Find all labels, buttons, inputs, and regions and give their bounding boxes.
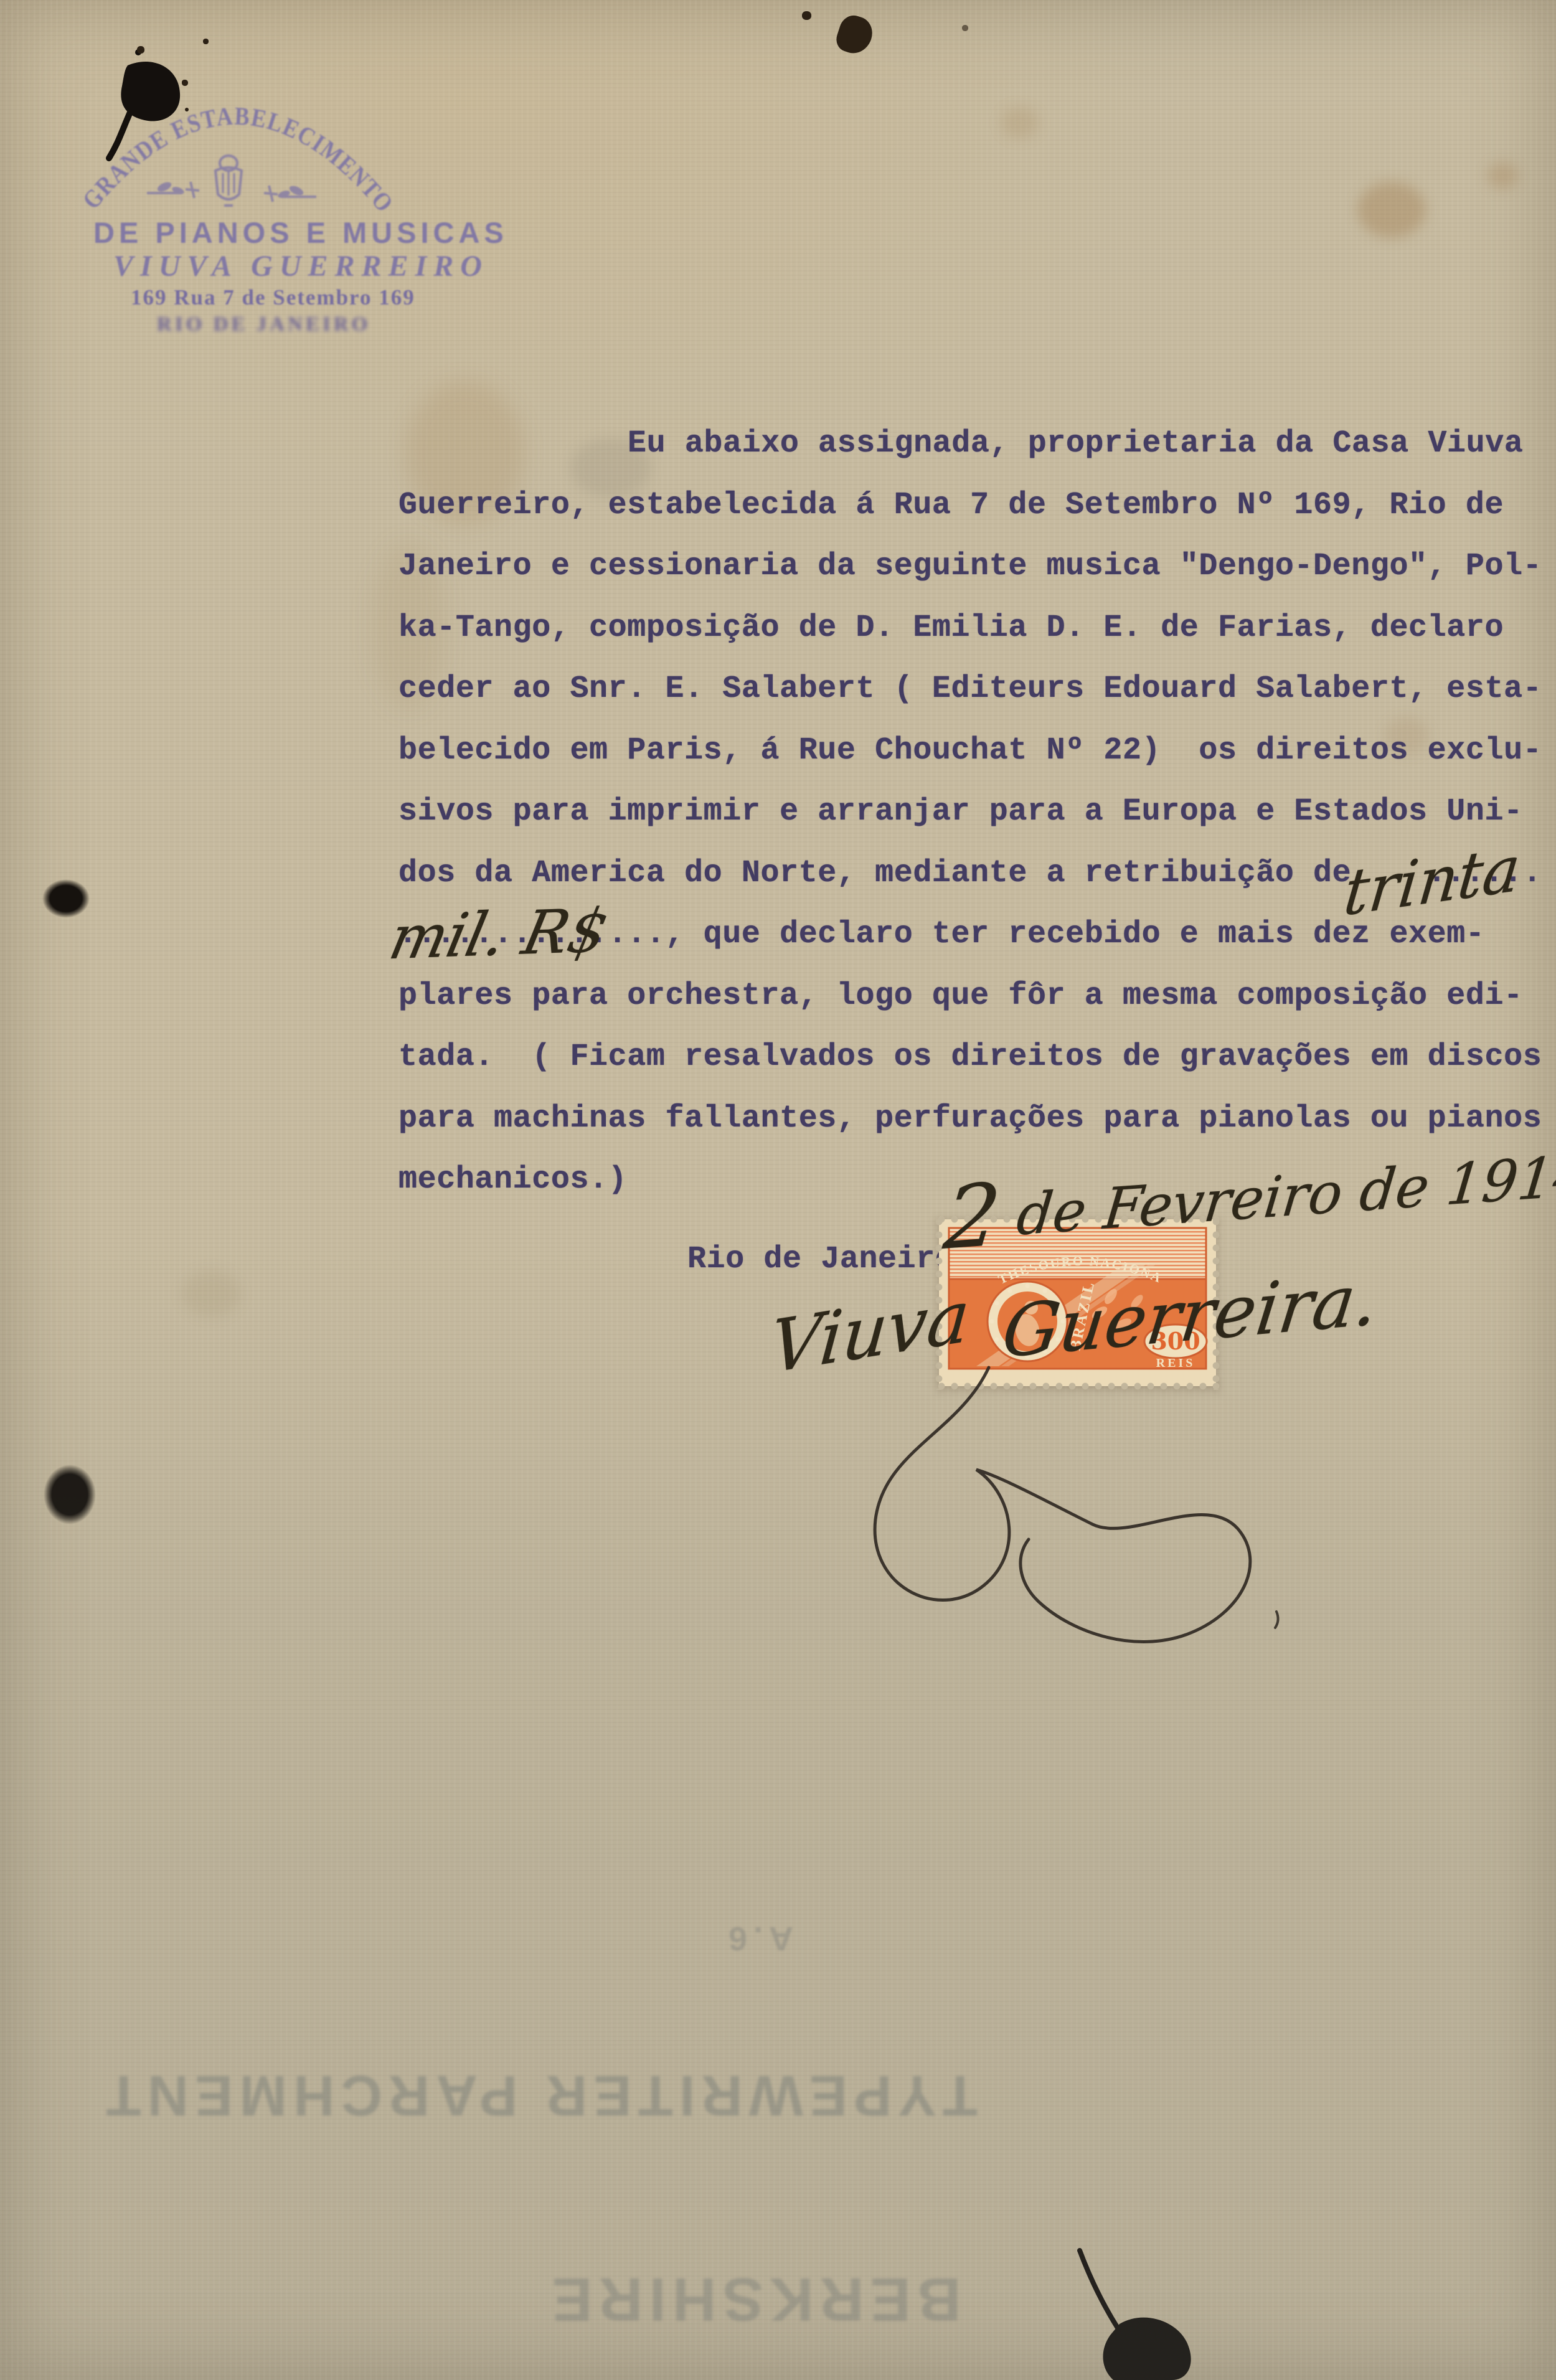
ink-speck — [833, 12, 877, 58]
letterhead-crest-icon — [207, 153, 250, 210]
ink-speck — [203, 39, 209, 44]
watermark-bleedthrough-line1: TYPEWRITER PARCHMENT — [293, 2062, 978, 2128]
letterhead-owner-line: VIUVA GUERREIRO — [113, 249, 489, 283]
letterhead-address-line: 169 Rua 7 de Setembro 169 — [131, 285, 415, 310]
body-line: ceder ao Snr. E. Salabert ( Editeurs Edo… — [398, 659, 1538, 720]
body-line: plares para orchestra, logo que fôr a me… — [398, 966, 1538, 1027]
foxing-stain — [1357, 182, 1426, 238]
scanned-letter-page: TYPEWRITER PARCHMENT BERKSHIRE A.6 GRAND… — [0, 0, 1556, 2380]
letterhead-city-line: RIO DE JANEIRO — [157, 313, 370, 336]
ink-speck — [802, 11, 811, 20]
typed-body: Eu abaixo assignada, proprietaria da Cas… — [398, 413, 1538, 1211]
ink-blot-top-left — [93, 50, 205, 168]
ink-speck — [182, 80, 188, 86]
body-line: Eu abaixo assignada, proprietaria da Cas… — [398, 413, 1538, 475]
body-line: tada. ( Ficam resalvados os direitos de … — [398, 1027, 1538, 1088]
handwritten-day: 2 — [940, 1164, 1005, 1270]
ink-blot-bottom — [1052, 2229, 1227, 2380]
body-line: para machinas fallantes, perfurações par… — [398, 1088, 1538, 1150]
closing-place-line: Rio de Janeiro: — [687, 1238, 973, 1282]
letterhead-business-line: DE PIANOS E MUSICAS — [93, 215, 508, 250]
body-line: sivos para imprimir e arranjar para a Eu… — [398, 782, 1538, 843]
smudge-stain — [182, 1270, 241, 1317]
signature-flourish — [685, 1339, 1432, 1744]
foxing-stain — [1001, 107, 1039, 138]
body-line: Janeiro e cessionaria da seguinte musica… — [398, 536, 1538, 598]
handwritten-amount-prefix: mil. R$ — [384, 895, 615, 973]
body-line: ka-Tango, composição de D. Emilia D. E. … — [398, 598, 1538, 659]
body-line: Guerreiro, estabelecida á Rua 7 de Setem… — [398, 475, 1538, 537]
punch-hole — [44, 1465, 96, 1524]
ink-speck — [962, 25, 968, 31]
body-line: belecido em Paris, á Rue Chouchat Nº 22)… — [398, 720, 1538, 782]
watermark-bleedthrough-line2: BERKSHIRE — [517, 2264, 990, 2335]
punch-hole — [42, 879, 90, 918]
letterhead-floral-ornament-right — [255, 178, 318, 209]
ink-speck — [137, 46, 144, 54]
letterhead-floral-ornament-left — [146, 174, 208, 205]
foxing-stain — [1487, 162, 1518, 189]
watermark-corner-mark: A.6 — [722, 1919, 793, 1958]
